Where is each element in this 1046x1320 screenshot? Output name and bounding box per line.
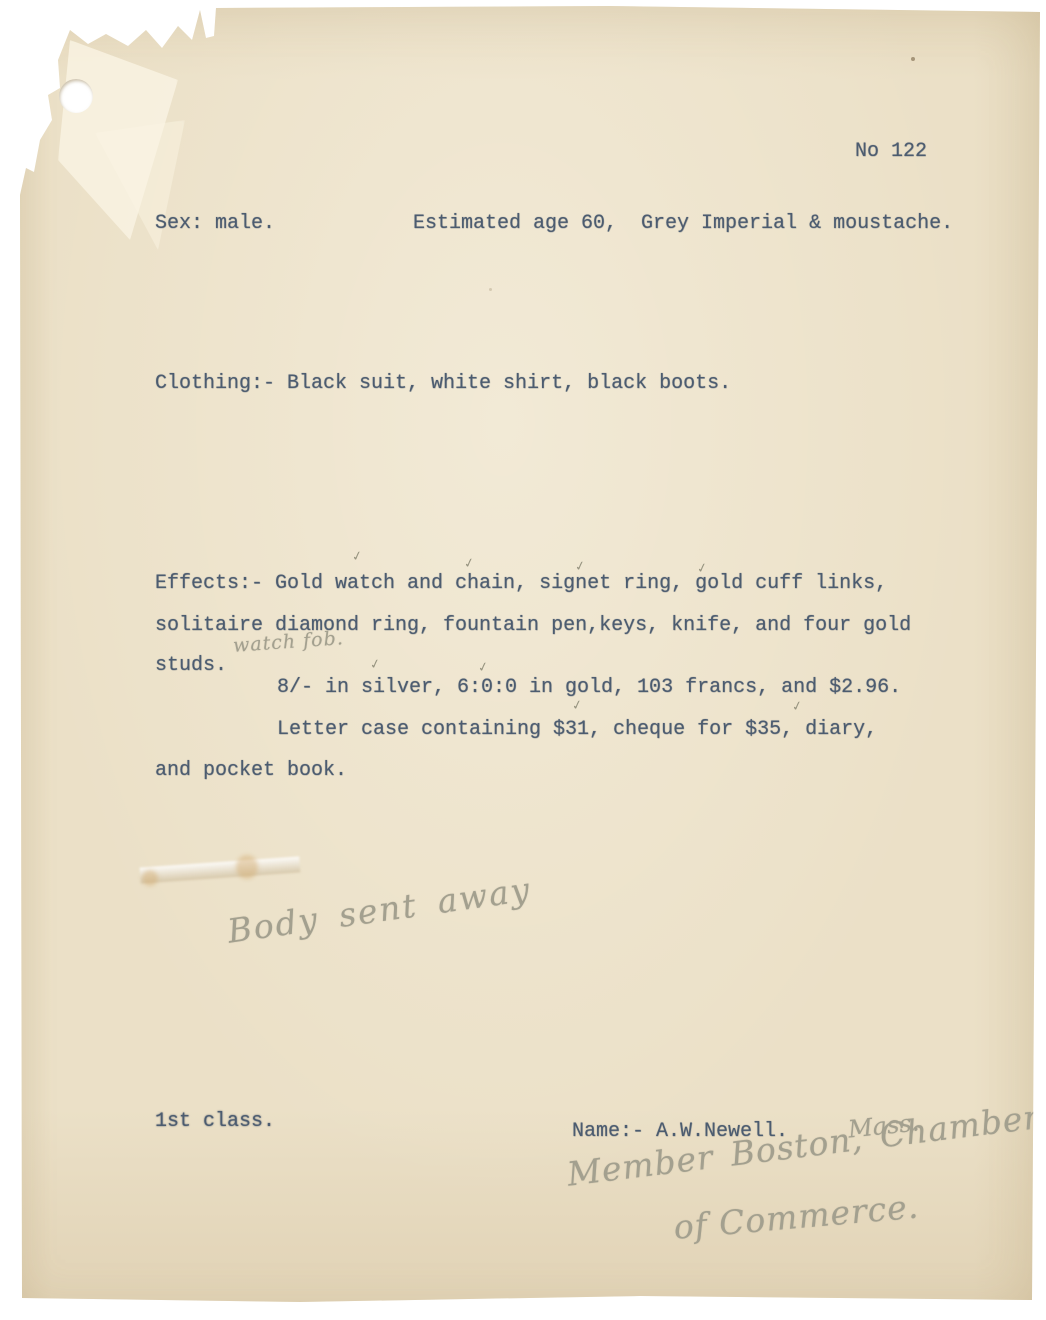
paper-sheet: No 122 Sex: male. Estimated age 60, Grey… <box>0 0 1046 1320</box>
sex-field: Sex: male. <box>155 212 275 236</box>
annotation-member-line-1: Member Boston, Chamber <box>565 1097 1042 1194</box>
annotation-member-line-2: of Commerce. <box>672 1187 921 1247</box>
paper-speck <box>911 57 915 61</box>
effects-line-1: Effects:- Gold watch and chain, signet r… <box>155 572 887 596</box>
clothing-field: Clothing:- Black suit, white shirt, blac… <box>155 372 731 396</box>
pencil-tick <box>351 549 368 566</box>
record-number: No 122 <box>855 140 927 164</box>
letter-case-line-2: and pocket book. <box>155 759 347 783</box>
class-field: 1st class. <box>155 1110 275 1134</box>
pencil-tick <box>463 556 480 573</box>
document-scan: No 122 Sex: male. Estimated age 60, Grey… <box>0 0 1046 1320</box>
money-line: 8/- in silver, 6:0:0 in gold, 103 francs… <box>277 676 901 700</box>
pencil-tick <box>477 660 494 677</box>
stain-spot <box>142 870 158 886</box>
effects-line-3: studs. <box>155 654 227 678</box>
letter-case-line-1: Letter case containing $31, cheque for $… <box>277 718 877 742</box>
crease-mark <box>140 856 301 883</box>
stain-spot <box>236 855 258 879</box>
pencil-tick <box>696 561 713 578</box>
annotation-body-sent-away: Body sent away <box>225 869 534 950</box>
punch-hole <box>59 79 93 113</box>
pencil-tick <box>574 559 591 576</box>
description-field: Estimated age 60, Grey Imperial & mousta… <box>413 212 953 236</box>
paper-speck <box>489 288 492 291</box>
pencil-tick <box>791 699 808 716</box>
pencil-tick <box>369 657 386 674</box>
pencil-tick <box>571 698 588 715</box>
